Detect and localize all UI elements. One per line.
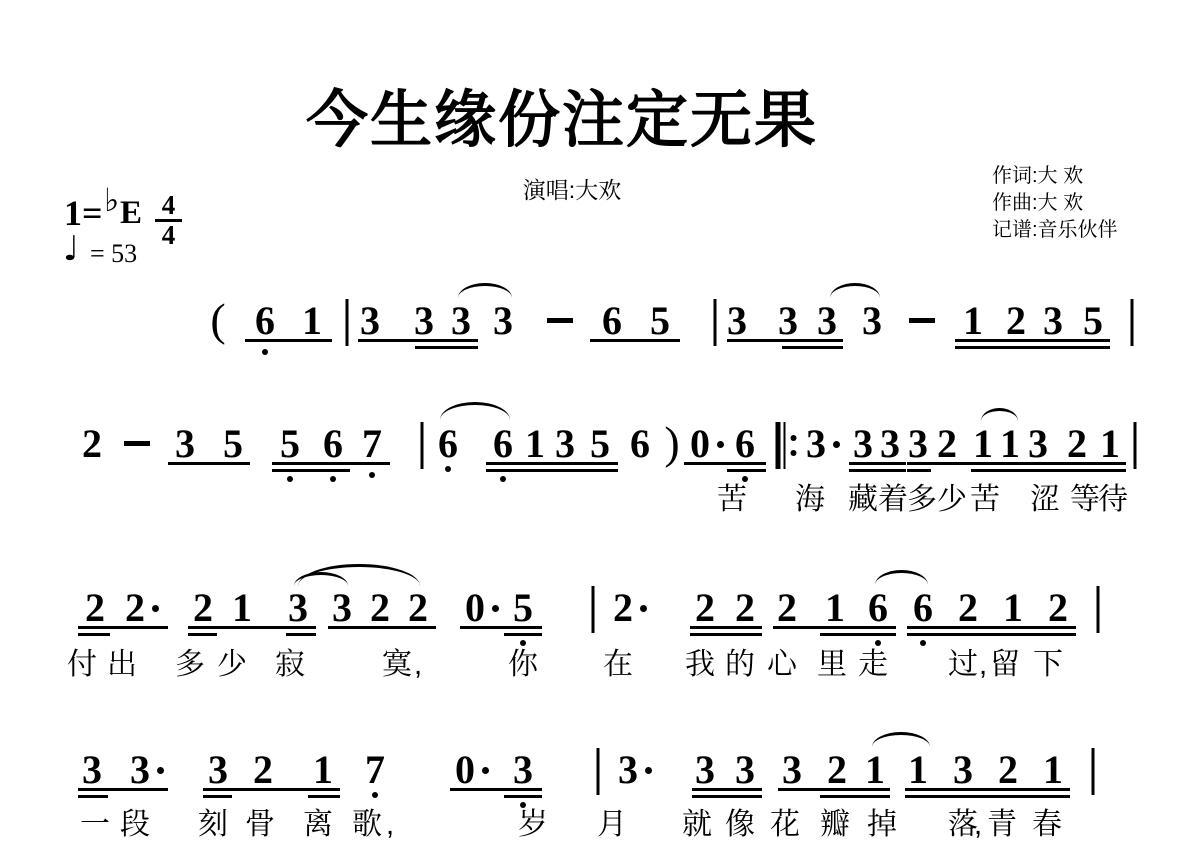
note: 2 [937, 426, 957, 462]
beam-underline [415, 346, 478, 349]
beam-underline [245, 339, 332, 342]
time-signature-beats: 4 [162, 193, 176, 218]
note: 2 [613, 590, 633, 626]
beam-underline [78, 788, 168, 791]
lyric-syllable: 你 [508, 649, 538, 681]
beam-underline [907, 462, 1000, 465]
note-number: 3 [555, 421, 575, 466]
note: 2 [958, 590, 978, 626]
lyric-syllable: 离 [303, 809, 333, 841]
beam-underline [308, 795, 340, 798]
lyric-syllable: 过 [948, 649, 978, 681]
note: 1 [908, 752, 928, 788]
augmentation-dot [492, 605, 499, 612]
low-octave-dot [875, 640, 881, 646]
note: 3 [288, 590, 308, 626]
lyric-syllable: 多 [907, 484, 937, 516]
lyric-syllable: 留 [990, 649, 1020, 681]
note: 3 [555, 426, 575, 462]
note: 2 [193, 590, 213, 626]
beam-underline [955, 346, 1110, 349]
note-number: 2 [937, 421, 957, 466]
rest-note: 0 [690, 426, 710, 462]
note-number: 6 [630, 421, 650, 466]
note: 6 [735, 426, 755, 462]
note: 3 [618, 752, 638, 788]
note: 5 [590, 426, 610, 462]
note: 3 [82, 752, 102, 788]
note: 2 [370, 590, 390, 626]
note: 6 [438, 426, 458, 462]
low-octave-dot [500, 476, 506, 482]
lyric-syllable: 花 [770, 809, 800, 841]
beam-underline [272, 462, 390, 465]
note-number: 6 [602, 298, 622, 343]
lyric-syllable: 付 [67, 649, 97, 681]
note-number: 3 [513, 747, 533, 792]
note-number: 1 [1003, 585, 1023, 630]
note: 2 [695, 590, 715, 626]
note: 6 [323, 426, 343, 462]
rest-note: 0 [465, 590, 485, 626]
note-number: 3 [493, 298, 513, 343]
lyric-syllable: 苦 [970, 484, 1000, 516]
note-number: 2 [1067, 421, 1087, 466]
lyric-syllable: 像 [725, 809, 755, 841]
note: 1 [525, 426, 545, 462]
lyric-syllable: 我 [685, 649, 715, 681]
beam-underline [168, 462, 250, 465]
tie-slur-arc [981, 408, 1018, 421]
key-letter: E [120, 196, 142, 230]
tie-slur-arc [872, 732, 930, 747]
low-octave-dot [287, 476, 293, 482]
beam-underline [358, 339, 478, 342]
beam-underline [727, 469, 766, 472]
note: 2 [735, 590, 755, 626]
beam-underline [460, 626, 542, 629]
lyric-syllable: 瓣 [820, 809, 850, 841]
note-number: 2 [370, 585, 390, 630]
bar-line [597, 748, 600, 795]
note-number: 1 [865, 747, 885, 792]
lyric-syllable: 涩 [1030, 484, 1060, 516]
note-number: 1 [313, 747, 333, 792]
note: 2 [1006, 303, 1026, 339]
note: 3 [695, 752, 715, 788]
note: 1 [963, 303, 983, 339]
lyric-syllable: 出 [107, 649, 137, 681]
beam-underline [907, 626, 1076, 629]
low-octave-dot [330, 476, 336, 482]
note: 6 [868, 590, 888, 626]
low-octave-dot [369, 472, 375, 478]
note-number: 1 [963, 298, 983, 343]
note-number: 3 [618, 747, 638, 792]
note: 1 [302, 303, 322, 339]
note: 2 [827, 752, 847, 788]
beam-underline [907, 469, 931, 472]
beam-underline [905, 788, 1070, 791]
beam-underline [692, 795, 762, 798]
note-number: 2 [193, 585, 213, 630]
note-number: 5 [590, 421, 610, 466]
lyric-syllable: 着 [878, 484, 908, 516]
note: 3 [806, 426, 826, 462]
tie-slur-arc [298, 564, 420, 586]
beam-underline [849, 469, 906, 472]
transcriber-credit: 记谱:音乐伙伴 [992, 217, 1118, 244]
note-number: 6 [913, 585, 933, 630]
note-number: 2 [735, 585, 755, 630]
dash-extension [124, 441, 150, 446]
note: 1 [232, 590, 252, 626]
beam-underline [692, 788, 762, 791]
lyric-syllable: 在 [603, 649, 633, 681]
note: 5 [650, 303, 670, 339]
beam-underline [1000, 462, 1126, 465]
beam-underline [286, 633, 316, 636]
beam-underline [690, 626, 762, 629]
note-number: 5 [513, 585, 533, 630]
augmentation-dot [640, 605, 647, 612]
note: 3 [880, 426, 900, 462]
note: 1 [825, 590, 845, 626]
beam-underline [203, 795, 232, 798]
note-number: 3 [735, 747, 755, 792]
beam-underline [486, 469, 618, 472]
note-number: 2 [408, 585, 428, 630]
lyric-syllable: , [386, 809, 394, 841]
beam-underline [203, 788, 340, 791]
note-number: 5 [650, 298, 670, 343]
note: 3 [130, 752, 150, 788]
note: 5 [223, 426, 243, 462]
lyric-syllable: 的 [725, 649, 755, 681]
note-number: 6 [868, 585, 888, 630]
note: 7 [365, 752, 385, 788]
note-number: 3 [695, 747, 715, 792]
note: 3 [451, 303, 471, 339]
note-number: 2 [85, 585, 105, 630]
note-number: 3 [332, 585, 352, 630]
note-number: 2 [253, 747, 273, 792]
note-number: 7 [362, 421, 382, 466]
note: 2 [82, 426, 102, 462]
note: 1 [865, 752, 885, 788]
note-number: 1 [1043, 747, 1063, 792]
lyric-syllable: 少 [217, 649, 247, 681]
beam-underline [727, 339, 843, 342]
time-signature-unit: 4 [162, 223, 176, 248]
note: 3 [727, 303, 747, 339]
note-number: 3 [778, 298, 798, 343]
note-number: 3 [208, 747, 228, 792]
beam-underline [450, 788, 542, 791]
lyric-syllable: , [414, 649, 422, 681]
note: 1 [1000, 426, 1020, 462]
lyric-syllable: 海 [795, 484, 825, 516]
note-number: 3 [1028, 421, 1048, 466]
parenthesis: ( [210, 299, 225, 341]
note-number: 1 [825, 585, 845, 630]
note: 3 [1028, 426, 1048, 462]
bar-line [1131, 299, 1134, 346]
lyric-syllable: 青 [987, 809, 1017, 841]
note: 5 [513, 590, 533, 626]
note: 1 [1100, 426, 1120, 462]
note-number: 2 [777, 585, 797, 630]
lyric-syllable: 春 [1032, 809, 1062, 841]
augmentation-dot [152, 605, 159, 612]
note: 6 [913, 590, 933, 626]
note: 2 [777, 590, 797, 626]
lyric-syllable: 寂 [275, 649, 305, 681]
lyric-syllable: 藏 [848, 484, 878, 516]
repeat-sign [776, 422, 797, 469]
note: 3 [513, 752, 533, 788]
bar-line [1134, 422, 1137, 469]
note-number: 3 [414, 298, 434, 343]
note: 6 [630, 426, 650, 462]
parenthesis: ) [664, 422, 679, 464]
bar-line [592, 586, 595, 633]
tie-slur-arc [440, 402, 510, 420]
note-number: 1 [1000, 421, 1020, 466]
lyric-syllable: 寞 [382, 649, 412, 681]
note-number: 2 [125, 585, 145, 630]
note: 6 [602, 303, 622, 339]
lyric-syllable: 刻 [198, 809, 228, 841]
note: 2 [253, 752, 273, 788]
beam-underline [78, 633, 110, 636]
lyric-syllable: 骨 [245, 809, 275, 841]
note-number: 1 [973, 421, 993, 466]
note: 1 [1003, 590, 1023, 626]
lyric-syllable: 少 [937, 484, 967, 516]
note-number: 3 [727, 298, 747, 343]
bar-line [1097, 586, 1100, 633]
note-number: 5 [1083, 298, 1103, 343]
note: 6 [255, 303, 275, 339]
lyric-syllable: 岁 [518, 809, 548, 841]
note: 3 [360, 303, 380, 339]
bar-line [1092, 748, 1095, 795]
low-octave-dot [520, 640, 526, 646]
tie-slur-arc [875, 570, 928, 585]
note: 2 [85, 590, 105, 626]
note: 3 [817, 303, 837, 339]
note-number: 3 [806, 421, 826, 466]
beam-underline [907, 633, 1076, 636]
note: 3 [953, 752, 973, 788]
note-number: 3 [451, 298, 471, 343]
lyric-syllable: 走 [858, 649, 888, 681]
note: 5 [1083, 303, 1103, 339]
note-number: 2 [827, 747, 847, 792]
beam-underline [504, 795, 542, 798]
lyric-syllable: 心 [767, 649, 797, 681]
lyric-syllable: 多 [175, 649, 205, 681]
lyric-syllable: 月 [597, 809, 627, 841]
composer-credit: 作曲:大 欢 [992, 190, 1118, 217]
note: 2 [1048, 590, 1068, 626]
note-number: 1 [525, 421, 545, 466]
dash-extension [909, 318, 935, 323]
lyric-syllable: 段 [120, 809, 150, 841]
note: 3 [1043, 303, 1063, 339]
low-octave-dot [445, 466, 451, 472]
note-number: 2 [1006, 298, 1026, 343]
low-octave-dot [920, 640, 926, 646]
note-number: 1 [1100, 421, 1120, 466]
note-number: 1 [232, 585, 252, 630]
note-number: 3 [288, 585, 308, 630]
note: 3 [778, 303, 798, 339]
beam-underline [272, 469, 350, 472]
lyric-syllable: 下 [1033, 649, 1063, 681]
lyric-syllable: 掉 [867, 809, 897, 841]
note-number: 0 [690, 421, 710, 466]
beam-underline [955, 339, 1110, 342]
note-number: 1 [302, 298, 322, 343]
note: 3 [175, 426, 195, 462]
note-number: 6 [493, 421, 513, 466]
note-number: 2 [958, 585, 978, 630]
note: 3 [493, 303, 513, 339]
tempo-value: = 53 [90, 240, 137, 268]
augmentation-dot [482, 767, 489, 774]
bar-line [421, 422, 424, 469]
augmentation-dot [157, 767, 164, 774]
tonic-label: 1= [64, 196, 103, 230]
beam-underline [504, 633, 542, 636]
beam-underline [328, 626, 436, 629]
lyricist-credit: 作词:大 欢 [992, 163, 1118, 190]
note: 2 [1067, 426, 1087, 462]
note-number: 2 [82, 421, 102, 466]
song-title: 今生缘份注定无果 [306, 88, 818, 154]
bar-line [346, 299, 349, 346]
sheet-music-page: 今生缘份注定无果 演唱:大欢 作词:大 欢 作曲:大 欢 记谱:音乐伙伴 1= … [0, 0, 1200, 850]
note-number: 0 [465, 585, 485, 630]
note-number: 3 [1043, 298, 1063, 343]
note-number: 6 [255, 298, 275, 343]
tie-slur-arc [830, 283, 880, 298]
note-number: 6 [323, 421, 343, 466]
time-signature: 4 4 [155, 193, 182, 248]
low-octave-dot [372, 792, 378, 798]
note-number: 3 [175, 421, 195, 466]
beam-underline [486, 462, 618, 465]
note-number: 3 [908, 421, 928, 466]
note: 2 [408, 590, 428, 626]
note: 1 [973, 426, 993, 462]
lyric-syllable: 苦 [717, 484, 747, 516]
beam-underline [773, 626, 896, 629]
lyric-syllable: 歌 [352, 809, 382, 841]
credits-block: 作词:大 欢 作曲:大 欢 记谱:音乐伙伴 [992, 163, 1118, 244]
note: 2 [998, 752, 1018, 788]
note: 3 [208, 752, 228, 788]
beam-underline [690, 633, 762, 636]
beam-underline [188, 633, 217, 636]
note-number: 3 [853, 421, 873, 466]
beam-underline [782, 346, 843, 349]
augmentation-dot [833, 441, 840, 448]
beam-underline [1000, 469, 1126, 472]
note-number: 2 [998, 747, 1018, 792]
note-number: 3 [82, 747, 102, 792]
note: 3 [332, 590, 352, 626]
beam-underline [684, 462, 766, 465]
beam-underline [820, 633, 896, 636]
note-number: 3 [880, 421, 900, 466]
note: 5 [280, 426, 300, 462]
low-octave-dot [262, 349, 268, 355]
beam-underline [849, 462, 906, 465]
note-number: 5 [280, 421, 300, 466]
dash-extension [547, 318, 573, 323]
note-number: 2 [695, 585, 715, 630]
note-number: 2 [1048, 585, 1068, 630]
beam-underline [78, 626, 168, 629]
note-number: 6 [735, 421, 755, 466]
note: 1 [313, 752, 333, 788]
beam-underline [778, 788, 890, 791]
bar-line [714, 299, 717, 346]
note-number: 6 [438, 421, 458, 466]
note: 3 [853, 426, 873, 462]
lyric-syllable: 等 [1070, 484, 1100, 516]
low-octave-dot [742, 476, 748, 482]
note-number: 2 [613, 585, 633, 630]
note: 6 [493, 426, 513, 462]
lyric-syllable: 待 [1098, 484, 1128, 516]
lyric-syllable: , [979, 649, 987, 681]
augmentation-dot [717, 441, 724, 448]
beam-underline [820, 795, 890, 798]
lyric-syllable: 一 [80, 809, 110, 841]
note: 3 [782, 752, 802, 788]
beam-underline [971, 469, 1000, 472]
note: 3 [735, 752, 755, 788]
note-number: 3 [817, 298, 837, 343]
augmentation-dot [645, 767, 652, 774]
lyric-syllable: , [974, 809, 982, 841]
rest-note: 0 [455, 752, 475, 788]
note: 3 [414, 303, 434, 339]
note-number: 3 [130, 747, 150, 792]
note-number: 5 [223, 421, 243, 466]
lyric-syllable: 就 [682, 809, 712, 841]
note: 7 [362, 426, 382, 462]
note: 2 [125, 590, 145, 626]
beam-underline [78, 795, 108, 798]
note-number: 3 [782, 747, 802, 792]
lyric-syllable: 里 [817, 649, 847, 681]
note: 3 [908, 426, 928, 462]
note-number: 0 [455, 747, 475, 792]
note-number: 3 [953, 747, 973, 792]
beam-underline [188, 626, 316, 629]
note-number: 7 [365, 747, 385, 792]
beam-underline [590, 339, 680, 342]
note: 3 [862, 303, 882, 339]
note-number: 3 [360, 298, 380, 343]
beam-underline [905, 795, 1070, 798]
note-number: 3 [862, 298, 882, 343]
